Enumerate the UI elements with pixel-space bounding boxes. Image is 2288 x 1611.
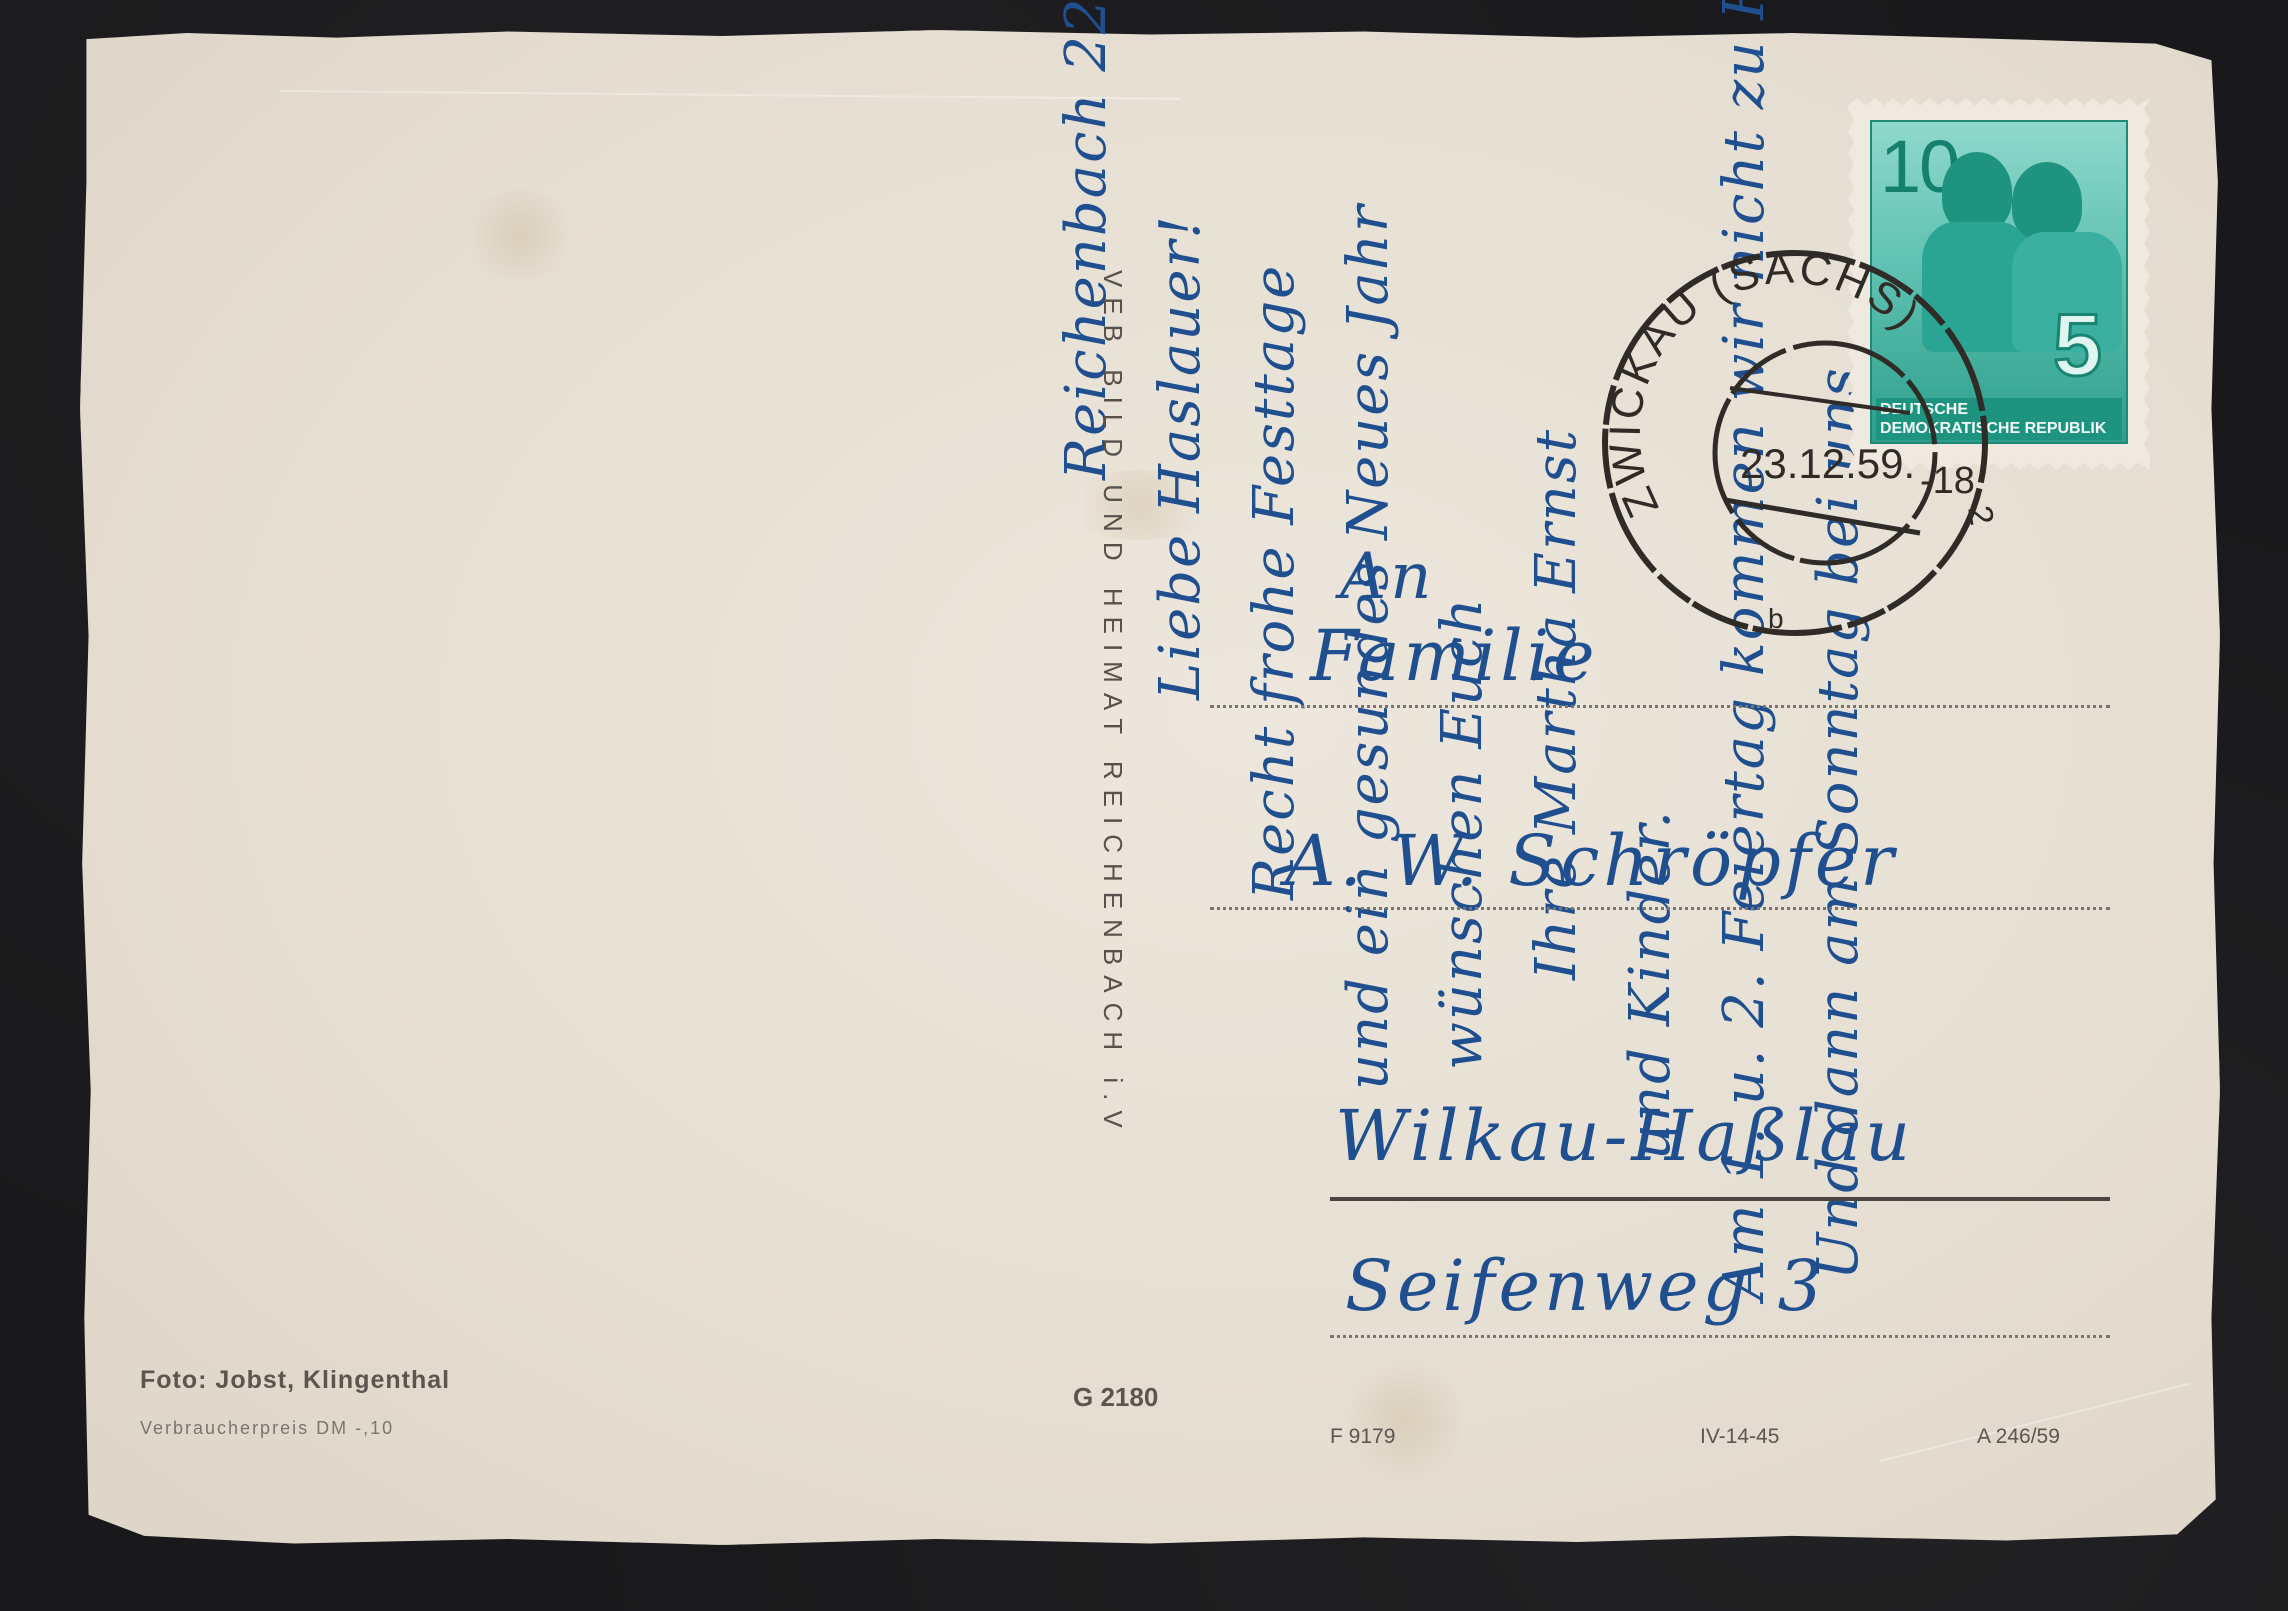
- print-code-a: A 246/59: [1977, 1425, 2060, 1449]
- message-greeting: Liebe Haslauer!: [1134, 40, 1228, 1340]
- address-line-2: A. W. Schröpfer: [1285, 820, 1898, 902]
- stamp-emblem: 5: [2053, 294, 2102, 396]
- paper-stain: [460, 190, 580, 280]
- stamp-worker-figure: [1942, 152, 2012, 232]
- stamp-image: 10 5 DEUTSCHE DEMOKRATISCHE REPUBLIK: [1870, 120, 2128, 444]
- publisher-divider-text: VEB BILD UND HEIMAT REICHENBACH i.V: [1088, 270, 1128, 1138]
- paper-stain: [1350, 1350, 1460, 1490]
- price-label: Verbraucherpreis DM -,10: [140, 1418, 394, 1439]
- address-line-3: Wilkau-Haßlau: [1335, 1095, 1914, 1177]
- print-code-iv: IV-14-45: [1700, 1425, 1779, 1449]
- photo-credit: Foto: Jobst, Klingenthal: [140, 1366, 450, 1395]
- address-rule: [1210, 907, 2110, 910]
- print-code-g: G 2180: [1073, 1382, 1158, 1413]
- address-rule-solid: [1330, 1197, 2110, 1201]
- address-rule: [1210, 705, 2110, 708]
- message-line: Recht frohe Festtage: [1228, 40, 1322, 1340]
- postage-stamp: 10 5 DEUTSCHE DEMOKRATISCHE REPUBLIK: [1848, 98, 2150, 470]
- stamp-country-line-1: DEUTSCHE: [1880, 400, 2118, 419]
- address-rule: [1330, 1335, 2110, 1338]
- address-line-4: Seifenweg 3: [1345, 1245, 1826, 1327]
- paper-crease: [1880, 1383, 2191, 1462]
- stamp-worker-figure: [2012, 162, 2082, 242]
- stamp-country-line-2: DEMOKRATISCHE REPUBLIK: [1880, 419, 2118, 438]
- address-line-1: Familie: [1310, 615, 1599, 697]
- print-code-f: F 9179: [1330, 1425, 1395, 1449]
- stamp-country: DEUTSCHE DEMOKRATISCHE REPUBLIK: [1876, 398, 2122, 440]
- address-prefix: An: [1340, 540, 1435, 614]
